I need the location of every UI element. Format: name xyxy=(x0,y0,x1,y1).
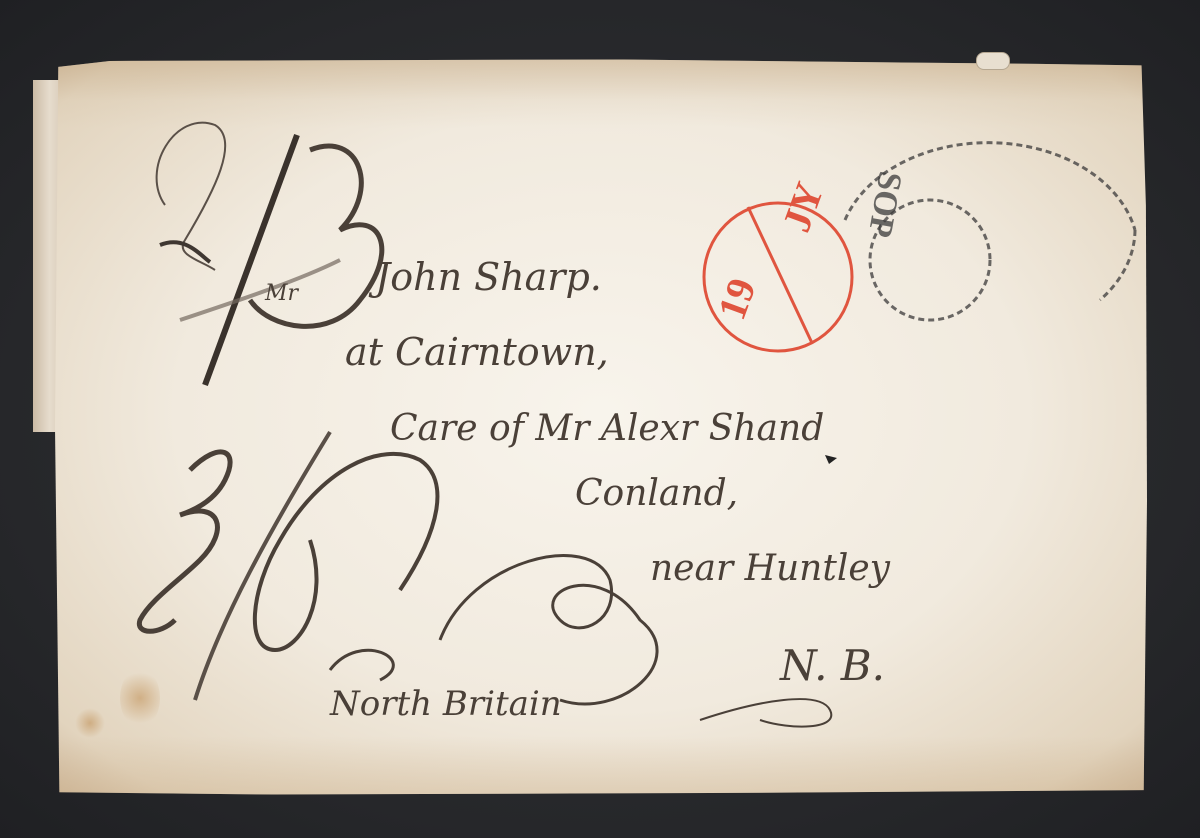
ink-underline-flourish xyxy=(700,699,831,726)
address-line-2: at Cairntown, xyxy=(345,330,609,374)
postmark-month: JY xyxy=(773,176,832,237)
black-postmark-text: SOP xyxy=(861,169,909,241)
address-line-5: near Huntley xyxy=(650,548,891,589)
address-line-1: John Sharp. xyxy=(368,255,602,299)
ink-blot xyxy=(825,455,837,464)
address-line-7: North Britain xyxy=(329,684,562,724)
address-line-6: N. B. xyxy=(779,641,885,690)
ink-layer: SOP JY 19 Mr John Sharp. at Cairntown, C… xyxy=(0,0,1200,838)
black-postmark: SOP xyxy=(845,143,1135,320)
address-line-4: Conland, xyxy=(575,473,738,514)
address-line-3: Care of Mr Alexr Shand xyxy=(390,408,824,449)
red-date-postmark: JY 19 xyxy=(704,176,852,351)
address-prefix: Mr xyxy=(264,281,300,306)
ink-flourish xyxy=(330,556,657,704)
